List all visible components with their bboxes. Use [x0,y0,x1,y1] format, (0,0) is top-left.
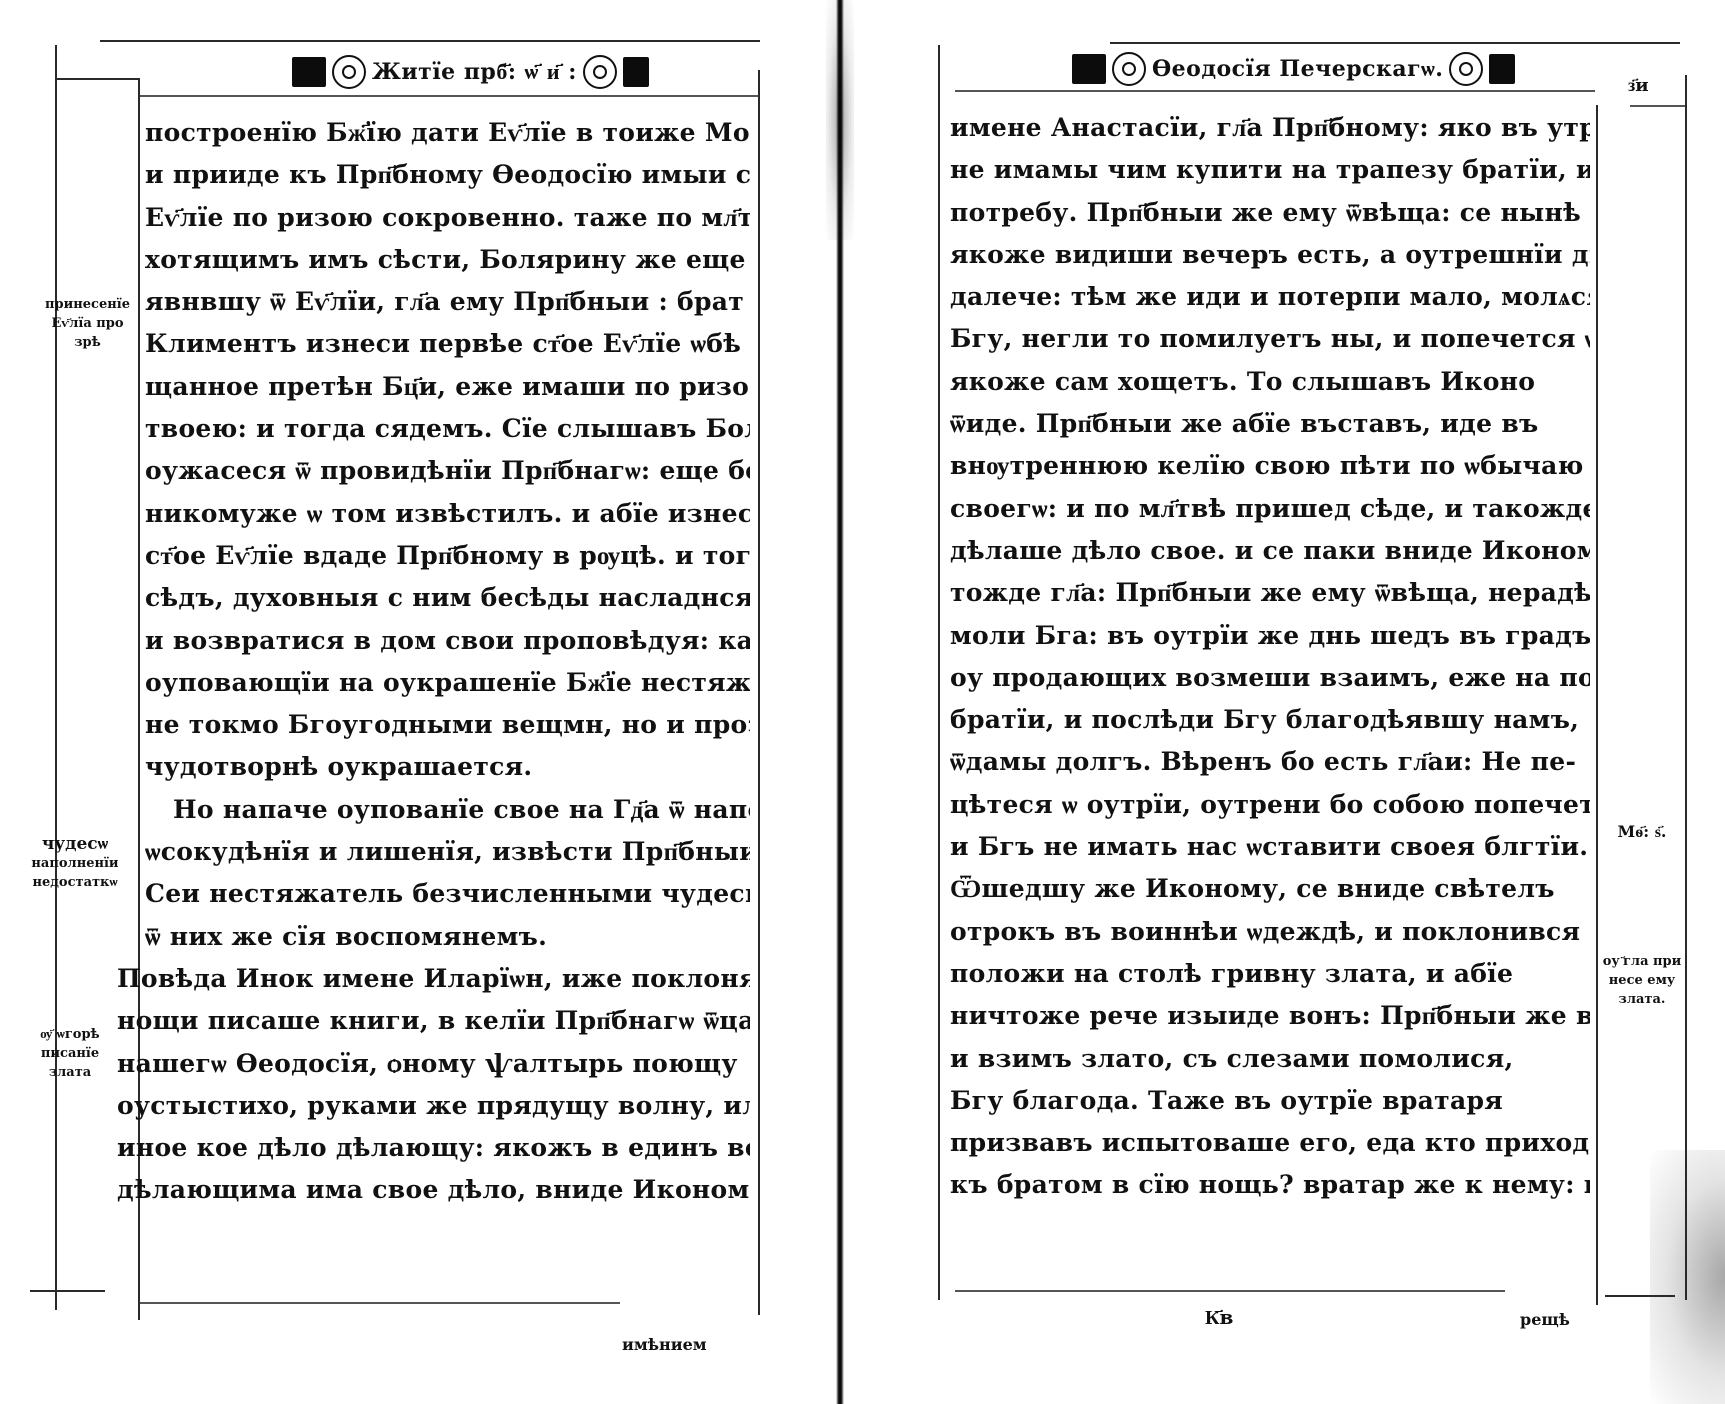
left-outer-rule [55,45,57,1310]
text-line: никомуже ѡ том извѣстилъ. и абїе изнеси [145,493,750,535]
text-line: потребу. Прп҃бныи же ему ѿвѣща: се нынѣ [950,192,1590,234]
text-line: тожде гл҃а: Прп҃бныи же ему ѿвѣща, нерад… [950,572,1590,614]
margin-note-scripture-reference: Мѳ҃: ѕ҃. [1598,822,1686,841]
text-line: дѣлаше дѣло свое. и се паки вниде Иконом [950,530,1590,572]
headpiece-ornament-icon [1072,54,1106,84]
margin-note: ѹ҃ ѡгорѣ писанїе злата [15,1025,125,1082]
text-line: иное кое дѣло дѣлающу: якожъ в единъ веч… [117,1127,750,1169]
text-line: Бгу, негли то помилуетъ ны, и попечется … [950,318,1590,360]
headpiece-ornament-icon [623,57,649,87]
margin-note-line: чудесѡ [20,835,130,854]
text-line: нашегѡ Ѳеодосїя, ѻному ѱалтырь поющу [117,1043,750,1085]
margin-note: чудесѡ наполненїи недостаткѡ [20,835,130,892]
text-line: и прииде къ Прп҃бному Ѳеодосїю имыи ст҃о [145,154,750,196]
headpiece-ornament-icon [1489,54,1515,84]
margin-note-line: ѹ҃ ѡгорѣ [15,1025,125,1044]
right-header-title: Ѳеодосїя Печерскагѡ. [1152,56,1443,82]
left-text-block: построенїю Бж҃їю дати Еѵ҃лїе в тоиже Мон… [145,112,750,1212]
page-number: з҃и [1628,75,1649,96]
text-line: Сеи нестяжатель безчисленными чудесы, [145,873,750,915]
text-line: Ѿшедшу же Иконому, се вниде свѣтелъ [950,868,1590,910]
text-line: къ братом в сїю нощь? вратар же к нему: … [950,1164,1590,1206]
text-line: нощи писаше книги, в келїи Прп҃бнагѡ ѿца [117,1000,750,1042]
text-line: сѣдъ, духовныя с ним бесѣды насладнся. [145,577,750,619]
right-pagenum-rule [1630,105,1685,107]
text-line: оуповающїи на оукрашенїе Бж҃їе нестяжате… [145,662,750,704]
margin-note-line: писанїе [15,1044,125,1063]
text-line: оужасеся ѿ провидѣнїи Прп҃бнагѡ: еще бо … [145,450,750,492]
right-text-block: имене Анастасїи, гл҃а Прп҃бному: яко въ … [950,107,1590,1207]
headpiece-face-icon [583,55,617,89]
right-bottom-margin-rule [1605,1295,1675,1297]
headpiece-face-icon [332,55,366,89]
text-line: твоею: и тогда сядемъ. Сїе слышавъ Боляр… [145,408,750,450]
text-line: ѡсокудѣнїя и лишенїя, извѣсти Прп҃бныи [145,831,750,873]
left-top-rule [100,40,760,42]
text-line: хотящимъ имъ сѣсти, Болярину же еще и [145,239,750,281]
text-line: щанное претѣн Бц҃и, еже имаши по ризою [145,366,750,408]
margin-note-line: злата. [1598,990,1686,1009]
text-line: ѿиде. Прп҃бныи же абїе въставъ, иде въ [950,403,1590,445]
text-line: далече: тѣм же иди и потерпи мало, молѧс… [950,276,1590,318]
right-running-header: Ѳеодосїя Печерскагѡ. [1072,52,1515,86]
text-line: отрокъ въ воиннѣи ѡдеждѣ, и поклонився [950,911,1590,953]
text-line: явнвшу ѿ Еѵ҃лїи, гл҃а ему Прп҃бныи : бра… [145,281,750,323]
margin-note-line: наполненїи [20,854,130,873]
right-inner-rule [938,45,940,1300]
margin-note-line: принесенїе [40,295,135,314]
right-top-rule [1110,42,1680,44]
text-line-paragraph-start: Но напаче оупованїе свое на Гд҃а ѿ напол… [145,789,750,831]
headpiece-face-icon [1112,52,1146,86]
right-outer-rule [1685,75,1687,1300]
text-line: внѹтреннюю келїю свою пѣти по ѡбычаю Пра… [950,445,1590,487]
text-line: не имамы чим купити на трапезу братїи, и… [950,149,1590,191]
text-line: оу продающих возмеши взаимъ, еже на потр… [950,657,1590,699]
left-right-rule [758,70,760,1315]
margin-note-line: злата [15,1063,125,1082]
left-catchword: имѣнием [622,1335,707,1354]
left-header-rule [140,95,760,97]
scan-shadow [1650,1150,1725,1404]
right-catchword: рещѣ [1520,1310,1570,1329]
left-running-header: Житїе прб҃: ѡ҃ и҃ : [292,55,649,89]
headpiece-ornament-icon [292,57,326,87]
margin-note-line: оу ҃гла при [1598,952,1686,971]
text-line: братїи, и послѣди Бгу благодѣявшу намъ, [950,699,1590,741]
left-bottom-rule [140,1302,620,1304]
text-line: своегѡ: и по мл҃твѣ пришед сѣде, и також… [950,488,1590,530]
margin-note-line: несе ему [1598,971,1686,990]
text-line: Еѵ҃лїе по ризою сокровенно. таже по мл҃т… [145,197,750,239]
right-text-right-rule [1596,105,1598,1305]
text-line: ѿдамы долгъ. Вѣренъ бо есть гл҃аи: Не пе… [950,741,1590,783]
text-line: ничтоже рече изыиде вонъ: Прп҃бныи же въ… [950,995,1590,1037]
text-line: и возвратися в дом свои проповѣдуя: какѡ [145,620,750,662]
text-line: построенїю Бж҃їю дати Еѵ҃лїе в тоиже Мон… [145,112,750,154]
text-line: моли Бга: въ оутрїи же днь шедъ въ градъ… [950,615,1590,657]
gutter-shadow [826,0,854,240]
text-line: цѣтеся ѡ оутрїи, оутрени бо собою попече… [950,784,1590,826]
margin-note-line: Мѳ҃: ѕ҃. [1598,822,1686,841]
text-line: Бгу благода. Таже въ оутрїе вратаря [950,1080,1590,1122]
text-line: не токмо Бгоугодными вещмн, но и прозрѣн… [145,704,750,746]
right-bottom-rule [955,1290,1505,1292]
text-line: чудотворнѣ оукрашается. [145,746,750,788]
headpiece-face-icon [1449,52,1483,86]
signature-mark: К҃в [1205,1305,1233,1330]
margin-note-line: недостаткѡ [20,873,130,892]
right-header-rule [955,90,1595,92]
text-line: ѿ них же сїя воспомянемъ. [145,916,750,958]
left-header-title: Житїе прб҃: ѡ҃ и҃ : [372,59,577,85]
text-line: дѣлающима има свое дѣло, вниде Иконом [117,1169,750,1211]
text-line: призвавъ испытоваше его, еда кто приходи [950,1122,1590,1164]
text-line: якоже сам хощетъ. То слышавъ Иконо [950,361,1590,403]
text-line: Климентъ изнеси первѣе ст҃ое Еѵ҃лїе ѡбѣ [145,323,750,365]
margin-note-line: зрѣ [40,333,135,352]
text-line: якоже видиши вечеръ есть, а оутрешнїи дн… [950,234,1590,276]
text-line: имене Анастасїи, гл҃а Прп҃бному: яко въ … [950,107,1590,149]
left-margin-top-rule [55,78,140,80]
text-line: и взимъ злато, съ слезами помолися, [950,1038,1590,1080]
text-line-paragraph-start: Повѣда Инок имене Иларїѡн, иже поклоня д… [117,958,750,1000]
text-line: ст҃ое Еѵ҃лїе вдаде Прп҃бному в рѹцѣ. и т… [145,535,750,577]
left-bottom-margin-rule [30,1290,105,1292]
text-line: оустыстихо, руками же прядущу волну, или [117,1085,750,1127]
margin-note: принесенїе Еѵ҃лїа про зрѣ [40,295,135,352]
margin-note-line: Еѵ҃лїа про [40,314,135,333]
margin-note: оу ҃гла при несе ему злата. [1598,952,1686,1009]
text-line: и Бгъ не имать нас ѡставити своея блгтїи… [950,826,1590,868]
text-line: положи на столѣ гривну злата, и абїе [950,953,1590,995]
